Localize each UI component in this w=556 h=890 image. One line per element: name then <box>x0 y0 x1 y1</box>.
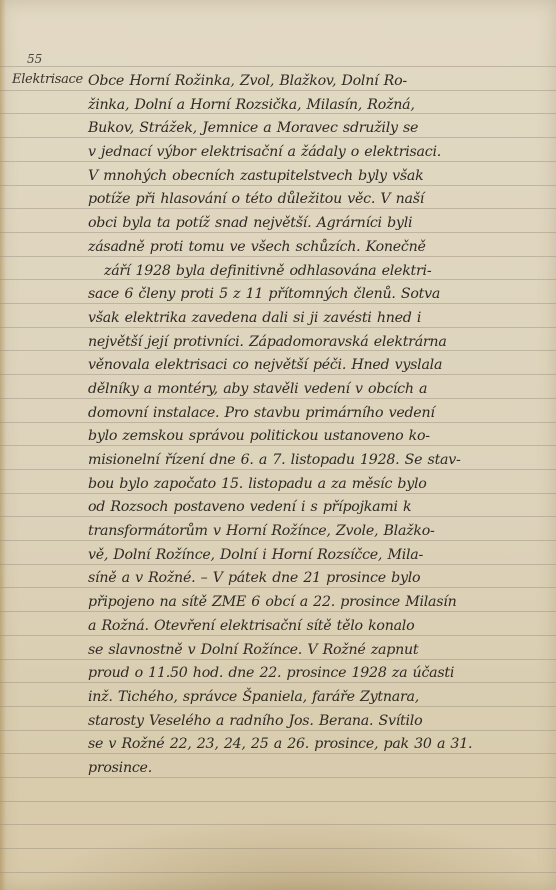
text-line: sace 6 členy proti 5 z 11 přítomných čle… <box>88 283 548 307</box>
text-line: domovní instalace. Pro stavbu primárního… <box>88 402 548 426</box>
ruled-line <box>0 848 556 849</box>
text-line: bou bylo započato 15. listopadu a za měs… <box>88 473 548 497</box>
text-line: se v Rožné 22, 23, 24, 25 a 26. prosince… <box>88 733 548 757</box>
text-line: síně a v Rožné. – V pátek dne 21 prosinc… <box>88 567 548 591</box>
text-line: připojeno na sítě ZME 6 obcí a 22. prosi… <box>88 591 548 615</box>
text-line: potíže při hlasování o této důležitou vě… <box>88 188 548 212</box>
text-line: v jednací výbor elektrisační a žádaly o … <box>88 141 548 165</box>
ruled-line <box>0 801 556 802</box>
ruled-line <box>0 824 556 825</box>
margin-note: Elektrisace <box>12 72 83 87</box>
ruled-line <box>0 66 556 67</box>
text-line: starosty Veselého a radního Jos. Berana.… <box>88 710 548 734</box>
text-line: dělníky a montéry, aby stavěli vedení v … <box>88 378 548 402</box>
text-line: prosince. <box>88 757 548 781</box>
handwritten-body: Obce Horní Rožinka, Zvol, Blažkov, Dolní… <box>88 70 548 781</box>
text-line: se slavnostně v Dolní Rožínce. V Rožné z… <box>88 639 548 663</box>
text-line: Obce Horní Rožinka, Zvol, Blažkov, Dolní… <box>88 70 548 94</box>
manuscript-page: 55 Elektrisace Obce Horní Rožinka, Zvol,… <box>0 0 556 890</box>
text-line: od Rozsoch postaveno vedení i s přípojka… <box>88 496 548 520</box>
text-line: proud o 11.50 hod. dne 22. prosince 1928… <box>88 662 548 686</box>
text-line: bylo zemskou správou politickou ustanove… <box>88 425 548 449</box>
text-line: největší její protivníci. Západomoravská… <box>88 331 548 355</box>
text-line: žinka, Dolní a Horní Rozsička, Milasín, … <box>88 94 548 118</box>
text-line: však elektrika zavedena dali si ji zavés… <box>88 307 548 331</box>
text-line: misionelní řízení dne 6. a 7. listopadu … <box>88 449 548 473</box>
text-line: a Rožná. Otevření elektrisační sítě tělo… <box>88 615 548 639</box>
text-line: věnovala elektrisaci co největší péči. H… <box>88 354 548 378</box>
text-line: zásadně proti tomu ve všech schůzích. Ko… <box>88 236 548 260</box>
text-line: Bukov, Strážek, Jemnice a Moravec sdruži… <box>88 117 548 141</box>
text-line: obci byla ta potíž snad největší. Agrárn… <box>88 212 548 236</box>
page-number: 55 <box>27 52 42 66</box>
ruled-line <box>0 872 556 873</box>
text-line: V mnohých obecních zastupitelstvech byly… <box>88 165 548 189</box>
text-line: inž. Tichého, správce Španiela, faráře Z… <box>88 686 548 710</box>
text-line: transformátorům v Horní Rožínce, Zvole, … <box>88 520 548 544</box>
text-line: vě, Dolní Rožínce, Dolní i Horní Rozsíčc… <box>88 544 548 568</box>
text-line: září 1928 byla definitivně odhlasována e… <box>88 260 548 284</box>
